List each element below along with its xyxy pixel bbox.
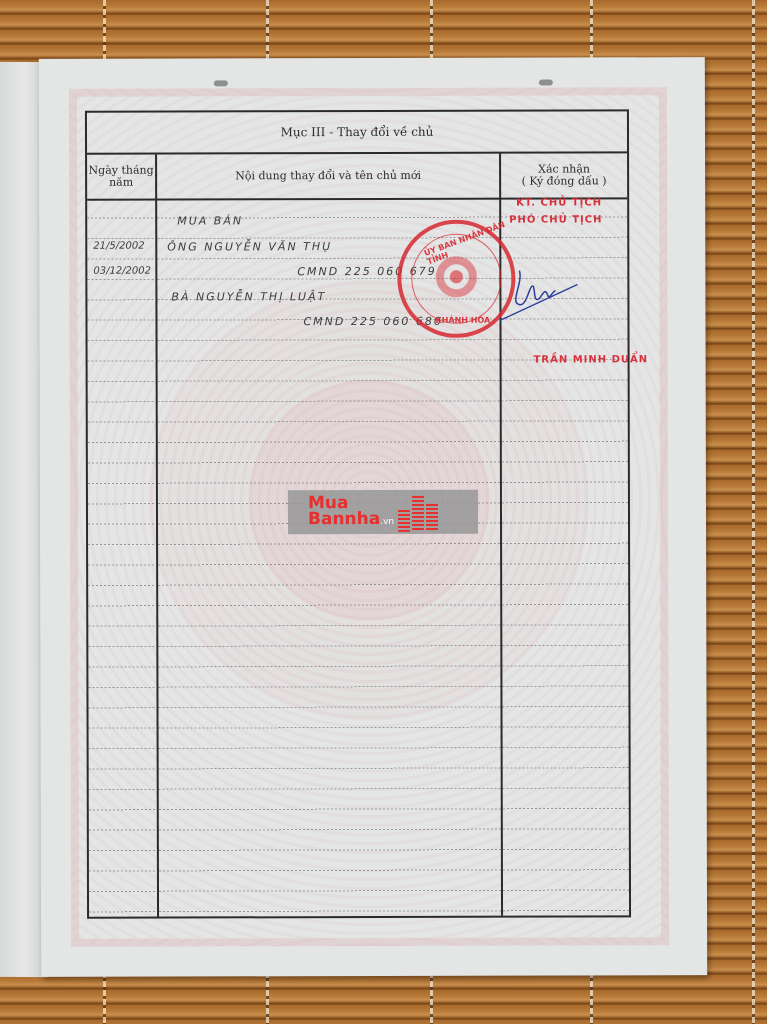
confirm-title-2: PHÓ CHỦ TỊCH [509, 214, 602, 225]
staple-hole [539, 80, 553, 86]
entry-line: MUA BÁN [177, 214, 243, 227]
header-content: Nội dung thay đổi và tên chủ mới [157, 154, 501, 199]
seal-text-bottom: KHÁNH HÒA [435, 316, 490, 325]
entry-date: 21/5/2002 [93, 241, 144, 252]
watermark-logo: Mua Bannha.vn [288, 490, 478, 534]
entry-line: BÀ NGUYỄN THỊ LUẬT [171, 290, 326, 303]
buildings-icon [398, 492, 438, 532]
watermark-text: Mua Bannha.vn [308, 494, 394, 529]
staple-hole [214, 80, 228, 86]
confirm-title-1: KT. CHỦ TỊCH [516, 197, 602, 208]
entry-date: 03/12/2002 [93, 266, 151, 277]
entry-line: ÔNG NGUYỄN VĂN THỤ [167, 240, 332, 253]
header-confirm: Xác nhận ( Ký đóng dấu ) [501, 153, 627, 197]
signature-icon [489, 262, 579, 322]
header-confirm-line2: ( Ký đóng dấu ) [522, 175, 607, 187]
certificate-page: Mục III - Thay đổi về chủ Ngày tháng năm… [39, 57, 707, 977]
section-title: Mục III - Thay đổi về chủ [87, 111, 627, 154]
date-column: 21/5/2002 03/12/2002 [87, 199, 159, 917]
blind-stitch [752, 0, 755, 1024]
table-header: Ngày tháng năm Nội dung thay đổi và tên … [87, 153, 627, 200]
signer-name: TRẦN MINH DUẨN [534, 354, 649, 365]
header-date: Ngày tháng năm [87, 155, 157, 199]
